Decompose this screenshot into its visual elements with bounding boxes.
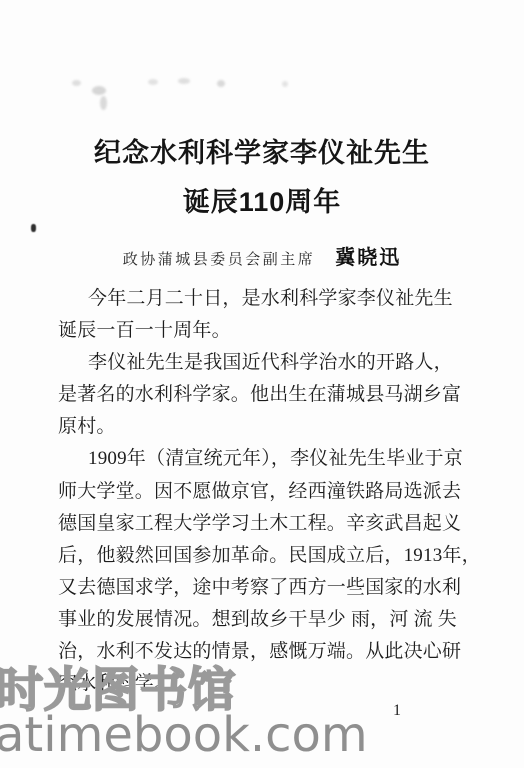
scan-artifact xyxy=(92,86,106,95)
scan-artifact xyxy=(148,79,158,85)
article-title-line-1: 纪念水利科学家李仪祉先生 xyxy=(0,131,524,170)
byline-author-name: 冀晓迅 xyxy=(335,247,401,269)
body-line: 今年二月二十日，是水利科学家李仪祉先生 xyxy=(58,283,472,315)
body-line: 师大学堂。因不愿做京官，经西潼铁路局选派去 xyxy=(58,476,472,508)
scan-artifact xyxy=(31,224,36,232)
body-line: 是著名的水利科学家。他出生在蒲城县马湖乡富 xyxy=(58,379,472,411)
watermark-site-url: atimebook.com xyxy=(0,707,368,763)
body-line: 李仪祉先生是我国近代科学治水的开路人， xyxy=(58,347,472,379)
article-body: 今年二月二十日，是水利科学家李仪祉先生 诞辰一百一十周年。 李仪祉先生是我国近代… xyxy=(58,283,472,700)
scanned-book-page: 纪念水利科学家李仪祉先生 诞辰110周年 政协蒲城县委员会副主席冀晓迅 今年二月… xyxy=(0,0,524,768)
scan-artifact xyxy=(217,80,225,87)
body-line: 1909年（清宣统元年），李仪祉先生毕业于京 xyxy=(58,443,472,475)
body-line: 德国皇家工程大学学习土木工程。辛亥武昌起义 xyxy=(58,508,472,540)
article-title-line-2: 诞辰110周年 xyxy=(0,180,524,219)
body-line: 原村。 xyxy=(58,411,472,443)
page-number: 1 xyxy=(393,702,401,720)
scan-artifact xyxy=(100,96,107,110)
body-line: 后，他毅然回国参加革命。民国成立后，1913年， xyxy=(58,540,472,572)
body-line: 诞辰一百一十周年。 xyxy=(58,315,472,347)
byline: 政协蒲城县委员会副主席冀晓迅 xyxy=(0,241,524,270)
scan-artifact xyxy=(178,78,190,84)
scan-artifact xyxy=(282,81,288,87)
body-line: 又去德国求学，途中考察了西方一些国家的水利 xyxy=(58,572,472,604)
scan-artifact xyxy=(72,80,81,86)
byline-author-role: 政协蒲城县委员会副主席 xyxy=(123,252,316,268)
body-line: 事业的发展情况。想到故乡干旱少 雨，河 流 失 xyxy=(58,604,472,636)
